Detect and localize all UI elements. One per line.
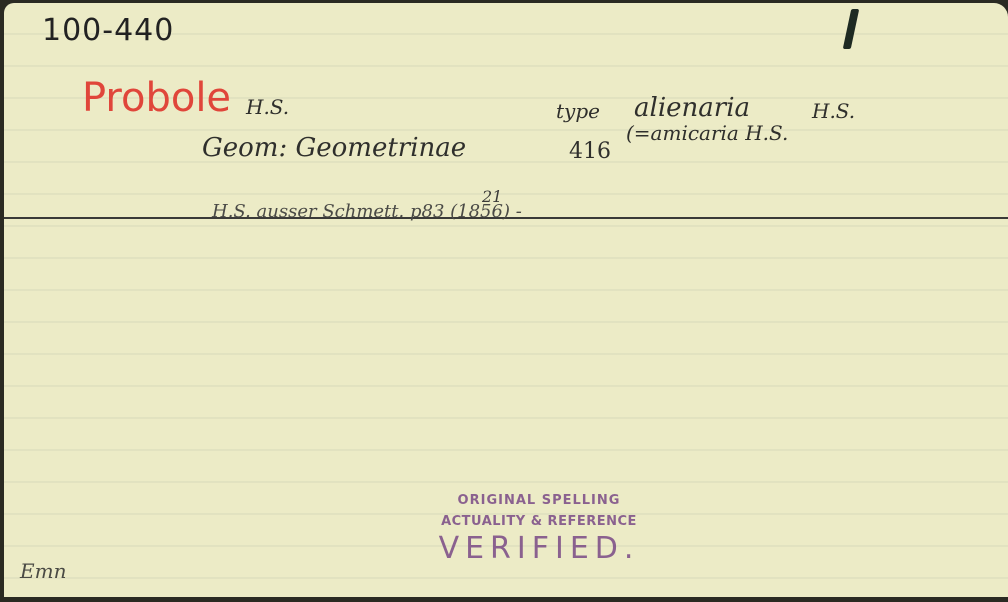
verification-stamp: ORIGINAL SPELLING ACTUALITY & REFERENCE … — [434, 493, 644, 566]
stamp-line-1: ORIGINAL SPELLING — [434, 493, 644, 508]
type-author: H.S. — [812, 99, 855, 123]
genus-author: H.S. — [246, 95, 289, 119]
card-number: 100-440 — [42, 13, 174, 48]
page-number: 416 — [569, 139, 611, 164]
signature: Emn — [20, 559, 66, 583]
type-label: type — [556, 99, 600, 123]
stamp-line-2: ACTUALITY & REFERENCE — [434, 514, 644, 529]
ink-mark — [843, 9, 860, 49]
genus-name: Probole — [82, 75, 231, 121]
reference: H.S. ausser Schmett. p83 (1856) - — [212, 201, 522, 222]
synonym: (=amicaria H.S. — [626, 121, 788, 145]
index-card: 100-440 Probole H.S. Geom: Geometrinae 4… — [4, 3, 1008, 597]
type-species: alienaria — [634, 93, 750, 123]
classification: Geom: Geometrinae — [202, 133, 466, 163]
stamp-line-3: VERIFIED. — [434, 531, 644, 566]
